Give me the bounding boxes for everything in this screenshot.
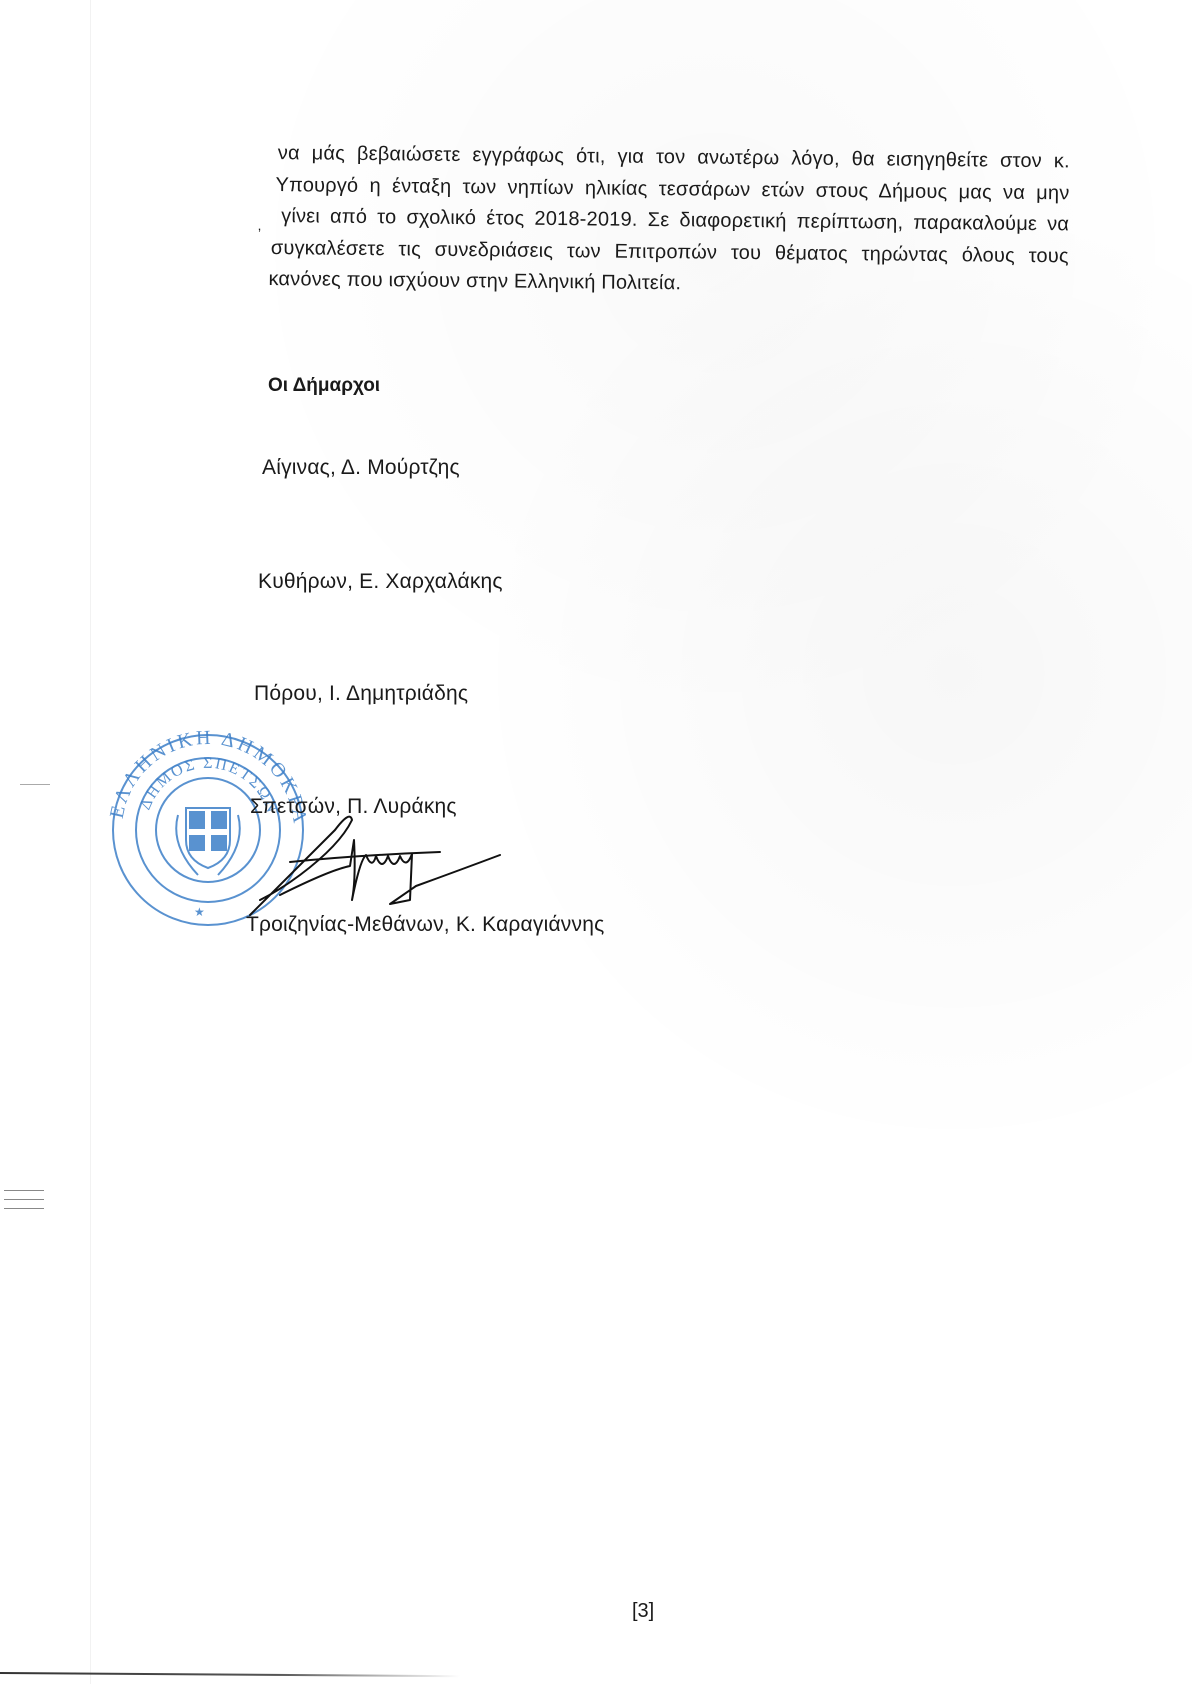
body-paragraph: να μάς βεβαιώσετε εγγράφως ότι, για τον … [268,138,1070,304]
svg-text:★: ★ [194,905,205,919]
handwritten-signature-icon [240,800,520,920]
page-number: [3] [632,1600,654,1623]
signatory-kythira: Κυθήρων, Ε. Χαρχαλάκης [258,570,503,594]
stray-mark: ʼ [258,226,261,242]
scan-edge-line [90,0,91,1684]
signatory-poros: Πόρου, Ι. Δημητριάδης [254,682,468,706]
scan-mark [20,784,50,785]
closing-heading: Οι Δήμαρχοι [268,375,380,397]
signatory-troizinia-methana: Τροιζηνίας-Μεθάνων, Κ. Καραγιάννης [246,913,604,937]
margin-ticks [4,1190,44,1220]
scan-bottom-edge [0,1672,460,1677]
signatory-aegina: Αίγινας, Δ. Μούρτζης [262,456,460,480]
